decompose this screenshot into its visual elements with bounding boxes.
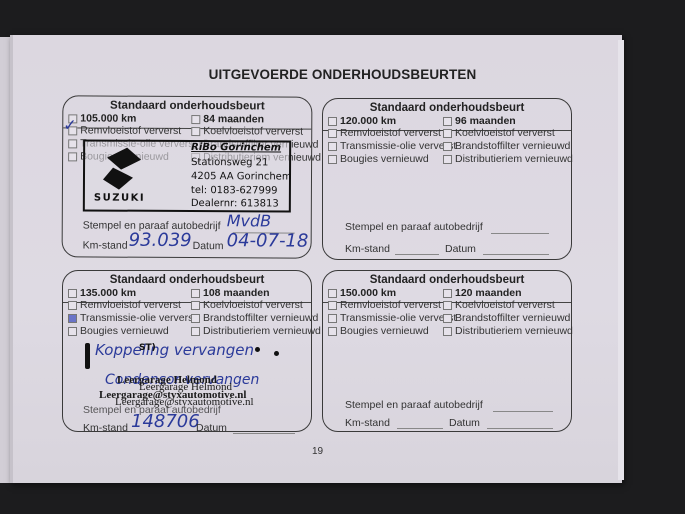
previous-page-edge [0, 37, 10, 483]
date-line[interactable] [233, 433, 295, 434]
maintenance-card-105000: Standaard onderhoudsbeurt 105.000 km 84 … [62, 95, 313, 258]
signature: MvdB [227, 211, 272, 230]
page-binding [10, 35, 13, 483]
months-option[interactable]: 120 maanden [443, 287, 522, 299]
card-title: Standaard onderhoudsbeurt [323, 102, 571, 114]
card-title: Standaard onderhoudsbeurt [323, 274, 571, 286]
km-label: Km-stand [345, 243, 390, 255]
item-brandstoffilter[interactable]: Brandstoffilter vernieuwd [443, 140, 570, 152]
checkbox[interactable] [443, 117, 452, 126]
item-bougies[interactable]: Bougies vernieuwd [328, 153, 429, 165]
checkbox[interactable] [328, 327, 337, 336]
signature-line[interactable] [493, 411, 553, 412]
ink-dot [274, 351, 279, 356]
checkbox[interactable] [328, 142, 337, 151]
item-koelvloeistof[interactable]: Koelvloeistof ververst [191, 125, 303, 138]
km-label: Km-stand [345, 417, 390, 429]
maintenance-card-135000: Standaard onderhoudsbeurt 135.000 km 108… [62, 270, 312, 432]
checkbox[interactable] [443, 289, 452, 298]
checkbox[interactable] [191, 301, 200, 310]
item-koelvloeistof[interactable]: Koelvloeistof ververst [443, 299, 555, 311]
date-label: Datum [445, 243, 476, 255]
checkbox[interactable] [191, 289, 200, 298]
checkbox[interactable] [68, 139, 77, 148]
item-transmissie[interactable]: Transmissie-olie ververst [328, 312, 456, 324]
item-transmissie[interactable]: Transmissie-olie ververst [68, 312, 196, 324]
item-remvloeistof[interactable]: Remvloeistof ververst [68, 299, 181, 311]
stamp-fragment: ST) [139, 343, 156, 353]
signature-label: Stempel en paraaf autobedrijf [345, 221, 483, 233]
months-option[interactable]: 84 maanden [191, 113, 264, 125]
item-koelvloeistof[interactable]: Koelvloeistof ververst [191, 299, 303, 311]
ink-dot [255, 347, 260, 352]
checkbox[interactable] [328, 301, 337, 310]
km-label: Km-stand [83, 239, 128, 251]
checkbox[interactable] [443, 301, 452, 310]
item-remvloeistof[interactable]: Remvloeistof ververst [328, 127, 441, 139]
item-koelvloeistof[interactable]: Koelvloeistof ververst [443, 127, 555, 139]
item-remvloeistof[interactable]: Remvloeistof ververst [68, 124, 181, 137]
signature-label: Stempel en paraaf autobedrijf [345, 399, 483, 411]
card-title: Standaard onderhoudsbeurt [63, 274, 311, 286]
item-distributieriem[interactable]: Distributieriem vernieuwd [443, 153, 573, 165]
checkbox[interactable] [443, 155, 452, 164]
km-value[interactable]: 93.039 [129, 230, 192, 251]
item-distributieriem[interactable]: Distributieriem vernieuwd [191, 325, 321, 337]
km-option[interactable]: 135.000 km [68, 287, 136, 299]
maintenance-card-150000: Standaard onderhoudsbeurt 150.000 km 120… [322, 270, 572, 432]
page-stack-edge [618, 40, 624, 480]
date-value[interactable]: 04-07-18 [227, 230, 309, 251]
signature-line[interactable] [491, 233, 549, 234]
page-number: 19 [312, 446, 323, 457]
checkbox[interactable] [328, 117, 337, 126]
item-remvloeistof[interactable]: Remvloeistof ververst [328, 299, 441, 311]
item-bougies[interactable]: Bougies vernieuwd [328, 325, 429, 337]
date-label: Datum [196, 422, 227, 434]
checkbox[interactable] [443, 327, 452, 336]
checkbox[interactable] [443, 129, 452, 138]
km-option[interactable]: 105.000 km [68, 112, 136, 124]
checkbox[interactable] [443, 142, 452, 151]
stamp-phone: tel: 0183-627999 [191, 185, 278, 196]
checkbox[interactable] [68, 289, 77, 298]
months-option[interactable]: 96 maanden [443, 115, 516, 127]
ink-mark [85, 343, 90, 369]
item-brandstoffilter[interactable]: Brandstoffilter vernieuwd [191, 312, 318, 324]
maintenance-card-120000: Standaard onderhoudsbeurt 120.000 km 96 … [322, 98, 572, 260]
checkbox[interactable] [328, 155, 337, 164]
checkbox-checked[interactable] [68, 314, 77, 323]
checkbox[interactable] [68, 301, 77, 310]
item-bougies[interactable]: Bougies vernieuwd [68, 325, 169, 337]
date-line[interactable] [487, 428, 553, 429]
suzuki-logo-icon [97, 146, 143, 192]
checkbox[interactable] [68, 327, 77, 336]
km-line[interactable] [395, 254, 439, 255]
item-transmissie[interactable]: Transmissie-olie ververst [328, 140, 456, 152]
date-label: Datum [193, 240, 224, 252]
checkbox[interactable] [191, 327, 200, 336]
check-mark-icon: ✓ [63, 118, 76, 134]
km-line[interactable] [397, 428, 443, 429]
page-title: UITGEVOERDE ONDERHOUDSBEURTEN [0, 67, 685, 82]
km-label: Km-stand [83, 422, 128, 434]
date-label: Datum [449, 417, 480, 429]
handwritten-note-1: Koppeling vervangen [95, 341, 254, 359]
months-option[interactable]: 108 maanden [191, 287, 270, 299]
checkbox[interactable] [328, 314, 337, 323]
stamp-dealer-number: Dealernr: 613813 [191, 198, 279, 209]
checkbox[interactable] [191, 314, 200, 323]
date-line[interactable] [483, 254, 549, 255]
checkbox[interactable] [443, 314, 452, 323]
card-title: Standaard onderhoudsbeurt [63, 99, 311, 112]
checkbox[interactable] [191, 127, 200, 136]
stamp-dealer-name: RiBo Gorinchem [191, 142, 281, 153]
stamp-brand: SUZUKI [94, 193, 145, 204]
checkbox[interactable] [68, 152, 77, 161]
stamp-postcode: 4205 AA Gorinchem [191, 171, 292, 183]
checkbox[interactable] [328, 129, 337, 138]
checkbox[interactable] [328, 289, 337, 298]
km-option[interactable]: 150.000 km [328, 287, 396, 299]
stamp-address: Stationsweg 21 [191, 157, 268, 168]
item-brandstoffilter[interactable]: Brandstoffilter vernieuwd [443, 312, 570, 324]
checkbox[interactable] [191, 115, 200, 124]
km-option[interactable]: 120.000 km [328, 115, 396, 127]
km-value[interactable]: 148706 [131, 411, 200, 432]
item-distributieriem[interactable]: Distributieriem vernieuwd [443, 325, 573, 337]
